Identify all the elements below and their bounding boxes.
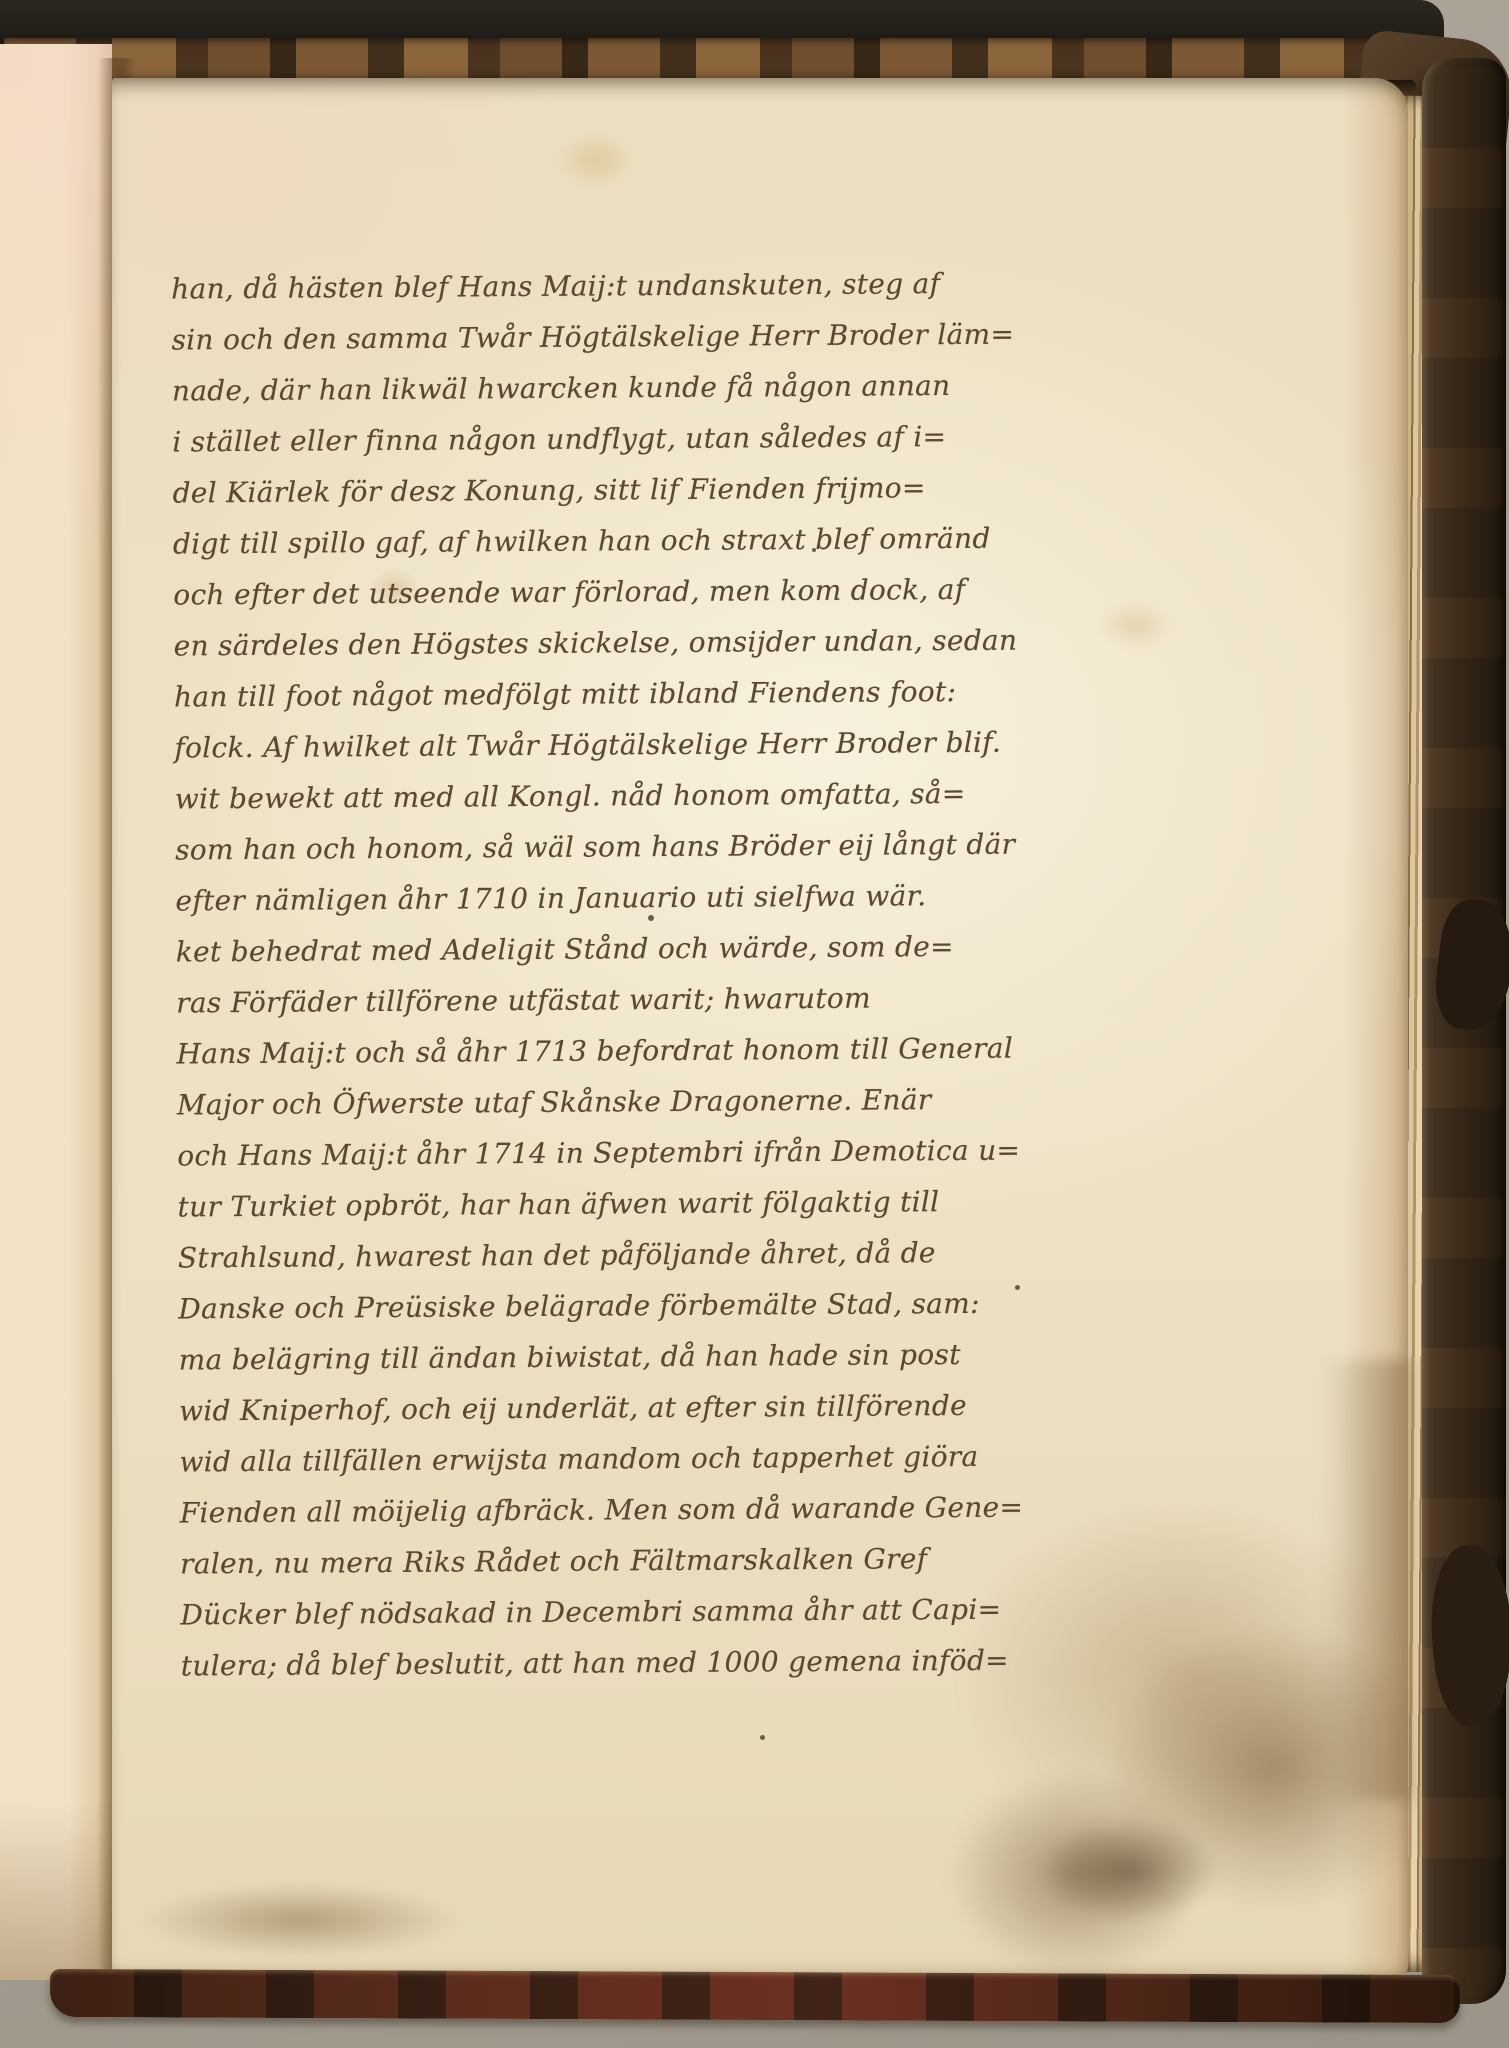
manuscript-scan: han, då hästen blef Hans Maij:t undansku… <box>0 0 1509 2048</box>
manuscript-line: digt till spillo gaf, af hwilken han och… <box>173 512 1163 570</box>
manuscript-line: Danske och Preüsiske belägrade förbemält… <box>178 1277 1168 1335</box>
manuscript-line: Fienden all möijelig afbräck. Men som då… <box>180 1481 1170 1539</box>
manuscript-line: wid Kniperhof, och eij underlät, at efte… <box>179 1379 1169 1437</box>
manuscript-line: tur Turkiet opbröt, har han äfwen warit … <box>177 1175 1167 1233</box>
book-bottom-edge <box>50 1969 1460 2023</box>
manuscript-line: wid alla tillfällen erwijsta mandom och … <box>179 1430 1169 1488</box>
manuscript-line: ras Förfäder tillförene utfästat warit; … <box>176 971 1166 1029</box>
manuscript-line: en särdeles den Högstes skickelse, omsij… <box>174 614 1164 672</box>
manuscript-line: wit bewekt att med all Kongl. nåd honom … <box>175 767 1165 825</box>
manuscript-line: efter nämligen åhr 1710 in Januario uti … <box>175 869 1165 927</box>
manuscript-line: del Kiärlek för desz Konung, sitt lif Fi… <box>172 461 1162 519</box>
manuscript-line: han, då hästen blef Hans Maij:t undansku… <box>171 257 1161 315</box>
manuscript-line: ma belägring till ändan biwistat, då han… <box>179 1328 1169 1386</box>
manuscript-line: Strahlsund, hwarest han det påföljande å… <box>178 1226 1168 1284</box>
manuscript-line: tulera; då blef beslutit, att han med 10… <box>181 1634 1171 1692</box>
manuscript-line: ralen, nu mera Riks Rådet och Fältmarska… <box>180 1532 1170 1590</box>
manuscript-line: folck. Af hwilket alt Twår Högtälskelige… <box>174 716 1164 774</box>
manuscript-line: ket behedrat med Adeligit Stånd och wärd… <box>176 920 1166 978</box>
handwritten-text-block: han, då hästen blef Hans Maij:t undansku… <box>171 257 1171 1692</box>
ink-speck <box>760 1735 765 1740</box>
manuscript-line: Major och Öfwerste utaf Skånske Dragoner… <box>177 1073 1167 1131</box>
manuscript-line: i stället eller finna någon undflygt, ut… <box>172 410 1162 468</box>
manuscript-line: Hans Maij:t och så åhr 1713 befordrat ho… <box>176 1022 1166 1080</box>
facing-page-edge <box>0 44 112 1980</box>
manuscript-line: och efter det utseende war förlorad, men… <box>173 563 1163 621</box>
manuscript-line: som han och honom, så wäl som hans Bröde… <box>175 818 1165 876</box>
manuscript-line: nade, där han likwäl hwarcken kunde få n… <box>172 359 1162 417</box>
manuscript-line: han till foot något medfölgt mitt ibland… <box>174 665 1164 723</box>
manuscript-line: och Hans Maij:t åhr 1714 in Septembri if… <box>177 1124 1167 1182</box>
manuscript-line: Dücker blef nödsakad in Decembri samma å… <box>180 1583 1170 1641</box>
manuscript-line: sin och den samma Twår Högtälskelige Her… <box>171 308 1161 366</box>
